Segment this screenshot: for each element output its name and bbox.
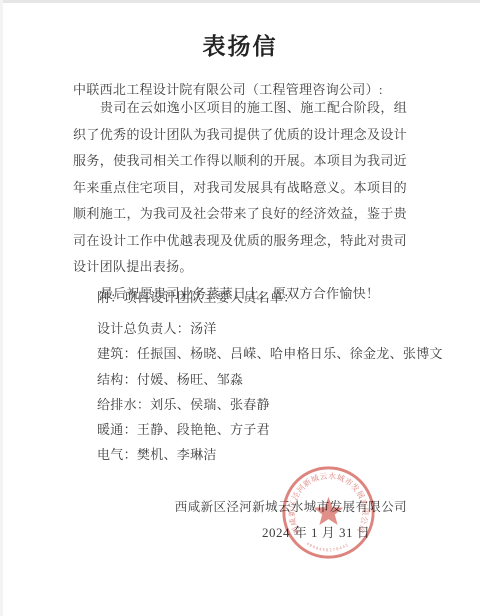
document-title: 表扬信	[0, 28, 480, 61]
roster-line-plumbing: 给排水：刘乐、侯瑞、张春静	[97, 392, 437, 417]
roster-line-electrical: 电气：樊机、李琳洁	[97, 442, 437, 467]
roster-line-hvac: 暖通：王静、段艳艳、方子君	[97, 417, 437, 442]
roster-line-chief: 设计总负责人：汤洋	[97, 316, 437, 341]
letter-body: 贵司在云如逸小区项目的施工图、施工配合阶段，组织了优秀的设计团队为我司提供了优质…	[73, 95, 407, 307]
paragraph-1: 贵司在云如逸小区项目的施工图、施工配合阶段，组织了优秀的设计团队为我司提供了优质…	[73, 95, 407, 281]
seal-star-icon	[314, 497, 343, 525]
company-seal-stamp: 西咸新区泾河新城云水城市发展有限公司 4890458270445	[280, 464, 377, 561]
scan-edge-left	[0, 0, 3, 616]
attachment-heading: 附：项目设计团队主要人员名单：	[97, 290, 297, 305]
roster-line-structure: 结构：付媛、杨旺、邹淼	[97, 367, 437, 392]
design-team-roster: 设计总负责人：汤洋 建筑：任振国、杨晓、吕嵘、哈申格日乐、徐金龙、张博文 结构：…	[97, 316, 437, 468]
scan-edge-top	[0, 0, 480, 3]
seal-code: 4890458270445	[306, 541, 350, 552]
roster-line-architecture: 建筑：任振国、杨晓、吕嵘、哈申格日乐、徐金龙、张博文	[97, 341, 437, 366]
